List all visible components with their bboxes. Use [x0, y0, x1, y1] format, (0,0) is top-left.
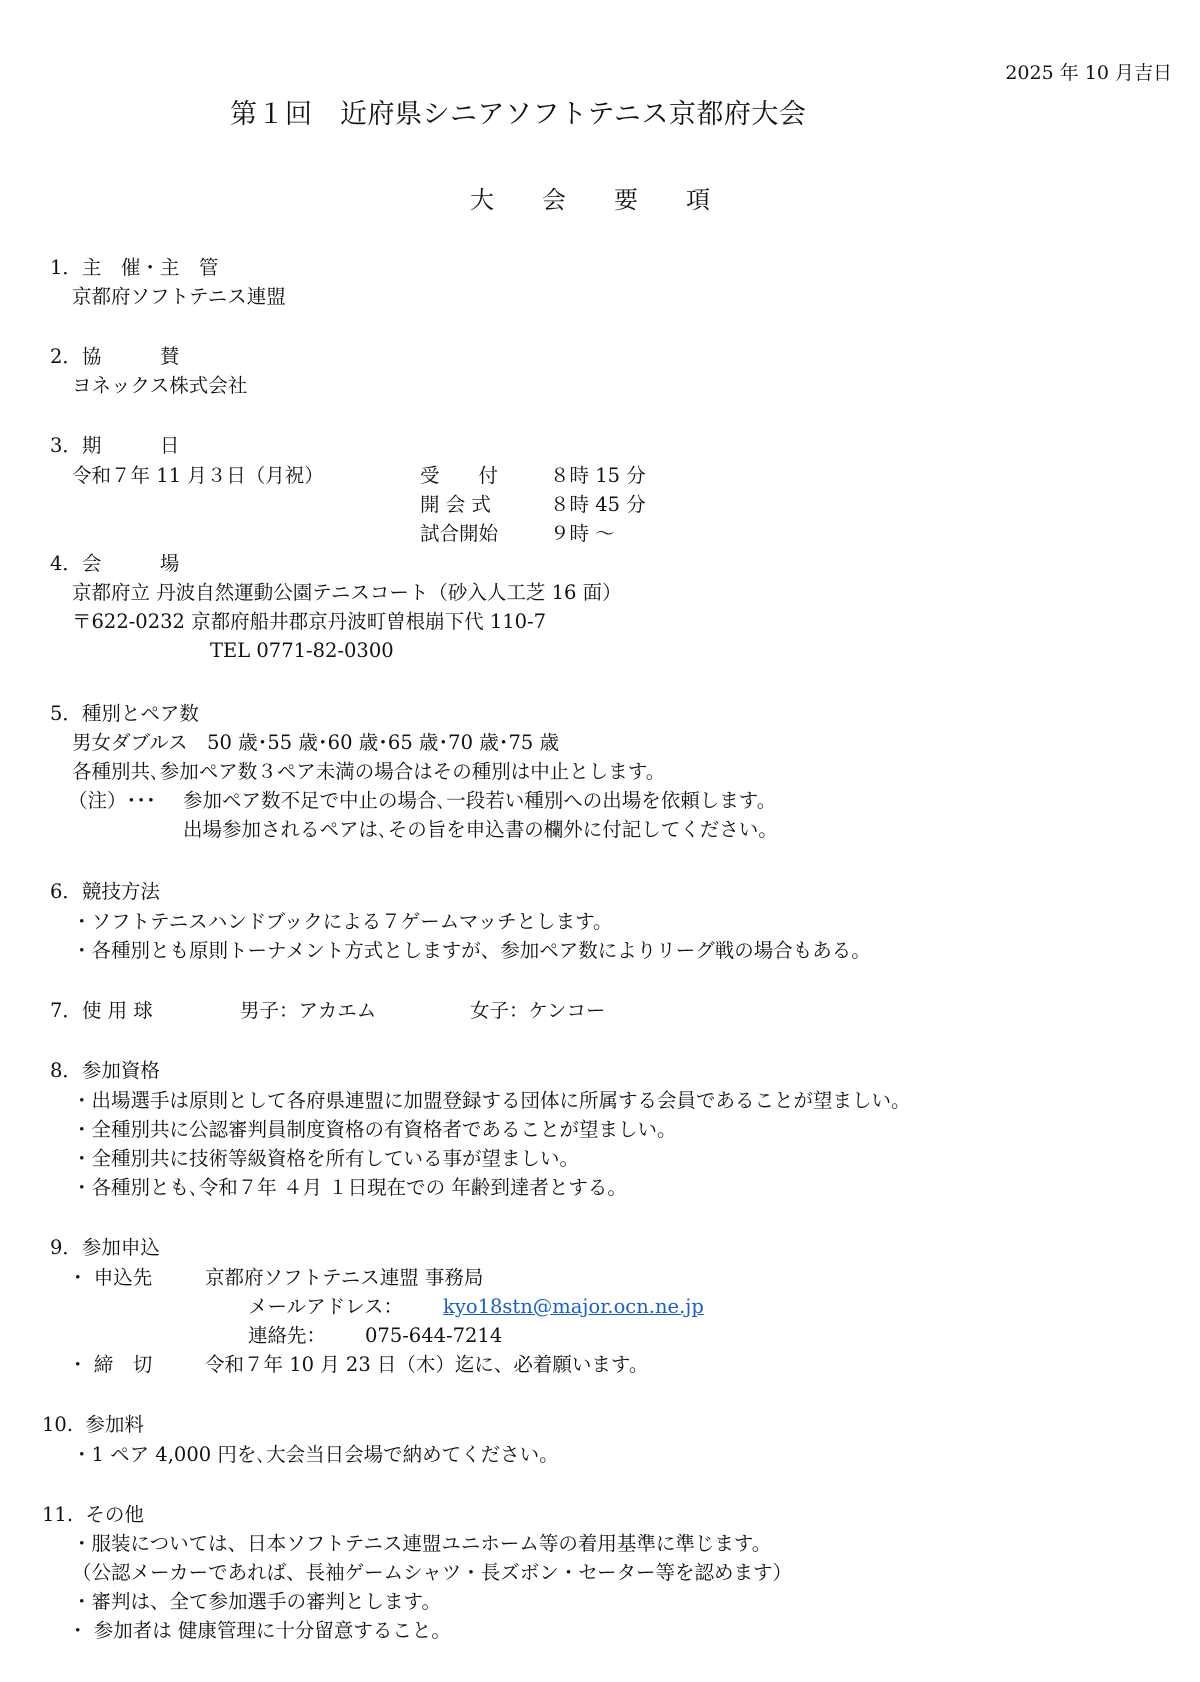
subtitle-char: 要: [614, 180, 638, 215]
apply-to-value: 京都府ソフトテニス連盟 事務局: [205, 1264, 483, 1292]
note-label: （注）･･･: [68, 787, 156, 815]
deadline-label: ・ 締 切: [68, 1351, 152, 1379]
other-item: （公認メーカーであれば、長袖ゲームシャツ・長ズボン・セーター等を認めます）: [72, 1559, 792, 1587]
subtitle-char: 会: [542, 180, 566, 215]
section-9-heading: 9．参加申込: [50, 1234, 160, 1262]
eligibility-item: ・各種別とも､令和７年 ４月 １日現在での 年齢到達者とする。: [72, 1174, 627, 1202]
venue-address: 〒622-0232 京都府船井郡京丹波町曽根崩下代 110-7: [72, 608, 546, 636]
issue-date: 2025 年 10 月吉日: [1005, 58, 1172, 85]
subtitle-char: 項: [686, 180, 710, 215]
event-date: 令和７年 11 月３日（月祝）: [72, 462, 324, 490]
schedule-label: 受 付: [420, 462, 498, 490]
section-3-heading: 3．期 日: [50, 432, 179, 460]
schedule-time: ９時 ～: [550, 520, 615, 548]
email-link[interactable]: kyo18stn@major.ocn.ne.jp: [443, 1293, 704, 1321]
section-4-heading: 4．会 場: [50, 550, 179, 578]
schedule-label: 開 会 式: [420, 491, 491, 519]
page-subtitle: 大会要項: [470, 180, 758, 215]
note-line: 参加ペア数不足で中止の場合､一段若い種別への出場を依頼します。: [183, 787, 776, 815]
section-7-heading: 7．使 用 球: [50, 997, 153, 1025]
eligibility-item: ・出場選手は原則として各府県連盟に加盟登録する団体に所属する会員であることが望ま…: [72, 1087, 911, 1115]
organizer: 京都府ソフトテニス連盟: [72, 283, 286, 311]
section-1-heading: 1．主 催・主 管: [50, 254, 218, 282]
section-8-heading: 8．参加資格: [50, 1057, 160, 1085]
apply-to-label: ・ 申込先: [68, 1264, 152, 1292]
sponsor: ヨネックス株式会社: [72, 372, 247, 400]
page-title: 第１回 近府県シニアソフトテニス京都府大会: [230, 92, 806, 131]
other-item: ・審判は、全て参加選手の審判とします。: [72, 1588, 441, 1616]
email-label: メールアドレス：: [248, 1293, 403, 1321]
section-11-heading: 11. その他: [42, 1501, 144, 1529]
subtitle-char: 大: [470, 180, 494, 215]
fee: ・1 ペア 4,000 円を､大会当日会場で納めてください。: [72, 1441, 559, 1469]
venue-tel: TEL 0771-82-0300: [210, 637, 394, 665]
section-6-heading: 6．競技方法: [50, 878, 160, 906]
phone-label: 連絡先：: [248, 1322, 326, 1350]
categories: 男女ダブルス 50 歳･55 歳･60 歳･65 歳･70 歳･75 歳: [72, 729, 559, 757]
phone-value: 075-644-7214: [365, 1322, 502, 1350]
rule-item: ・各種別とも原則トーナメント方式としますが、参加ペア数によりリーグ戦の場合もある…: [72, 937, 871, 965]
schedule-time: ８時 45 分: [550, 491, 646, 519]
other-item: ・服装については、日本ソフトテニス連盟ユニホーム等の着用基準に準じます。: [72, 1530, 771, 1558]
other-item: ・ 参加者は 健康管理に十分留意すること。: [68, 1617, 451, 1645]
section-2-heading: 2．協 賛: [50, 343, 179, 371]
eligibility-item: ・全種別共に公認審判員制度資格の有資格者であることが望ましい。: [72, 1116, 677, 1144]
ball-men: 男子：アカエム: [240, 997, 376, 1025]
eligibility-item: ・全種別共に技術等級資格を所有している事が望ましい。: [72, 1145, 579, 1173]
venue-name: 京都府立 丹波自然運動公園テニスコート（砂入人工芝 16 面）: [72, 579, 622, 607]
schedule-time: ８時 15 分: [550, 462, 646, 490]
note-line: 出場参加されるペアは､その旨を申込書の欄外に付記してください。: [183, 816, 778, 844]
schedule-label: 試合開始: [420, 520, 498, 548]
section-5-heading: 5．種別とペア数: [50, 700, 199, 728]
rule-item: ・ソフトテニスハンドブックによる７ゲームマッチとします。: [72, 908, 613, 936]
section-10-heading: 10. 参加料: [42, 1411, 144, 1439]
deadline-value: 令和７年 10 月 23 日（木）迄に、必着願います。: [205, 1351, 648, 1379]
ball-women: 女子：ケンコー: [470, 997, 606, 1025]
cancellation-rule: 各種別共､参加ペア数３ペア未満の場合はその種別は中止とします。: [72, 758, 665, 786]
